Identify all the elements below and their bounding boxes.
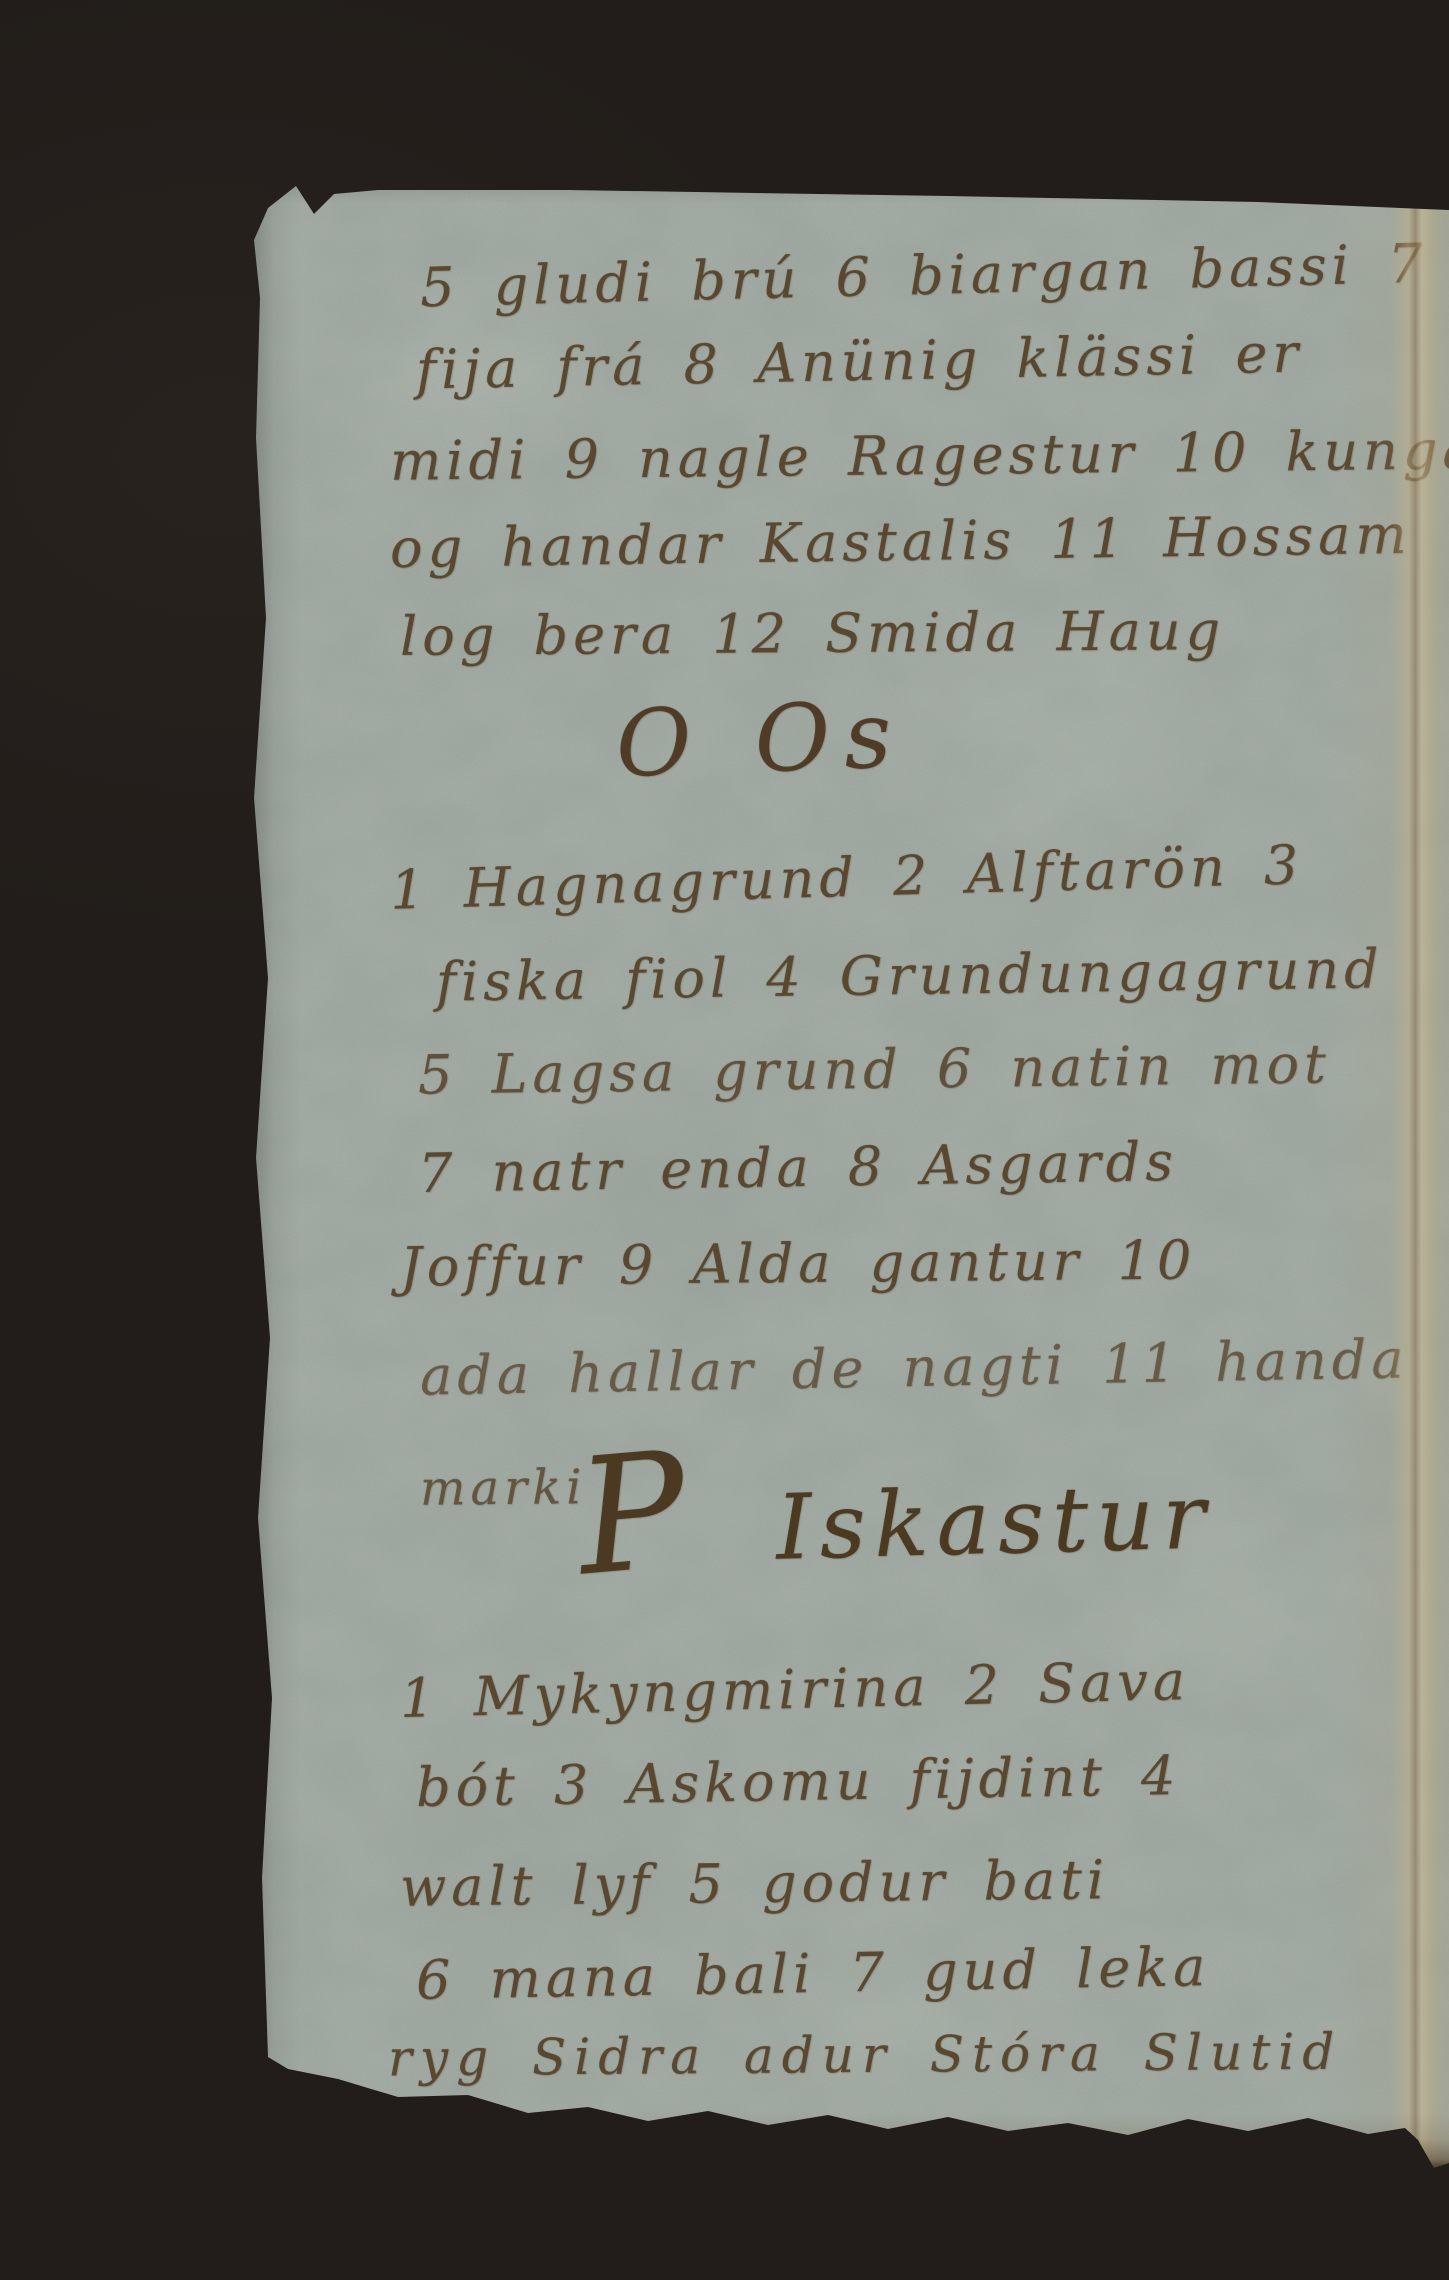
handwritten-line: 5 gludi brú 6 biargan bassi 7 [419,232,1428,320]
section-heading-os: O Os [614,681,907,798]
section-heading-iskastur: Iskastur [775,1464,1215,1580]
handwritten-line: 5 Lagsa grund 6 natin mot [418,1032,1331,1106]
handwritten-line: midi 9 nagle Ragestur 10 kunga [390,418,1449,492]
handwritten-line: fiska fiol 4 Grundungagrund [436,937,1384,1013]
handwritten-line: og handar Kastalis 11 Hossam [390,503,1412,580]
scan-background: { "document": { "background_color": "#22… [0,0,1449,2280]
section-heading-initial: P [570,1416,694,1612]
handwritten-line: Joffur 9 Alda gantur 10 [400,1229,1197,1299]
handwritten-line: walt lyf 5 godur bati [400,1848,1110,1918]
handwritten-line: 7 natr enda 8 Asgards [418,1130,1179,1205]
handwritten-line: 1 Hagnagrund 2 Alftarön 3 [389,833,1304,921]
handwritten-line: marki [420,1459,587,1516]
handwritten-line: 1 Mykyngmirina 2 Sava [399,1649,1190,1730]
manuscript-page: 5 gludi brú 6 biargan bassi 7 fija frá 8… [248,178,1449,2173]
handwritten-line: fija frá 8 Anünig klässi er [415,321,1303,401]
handwritten-line: log bera 12 Smida Haug [400,599,1226,668]
handwritten-line: 6 mana bali 7 gud leka [416,1935,1211,2012]
handwritten-line: ryg Sidra adur Stóra Slutid [388,2023,1343,2088]
handwritten-line: ada hallar de nagti 11 handa [420,1327,1410,1407]
handwritten-line: bót 3 Askomu fijdint 4 [416,1744,1181,1819]
